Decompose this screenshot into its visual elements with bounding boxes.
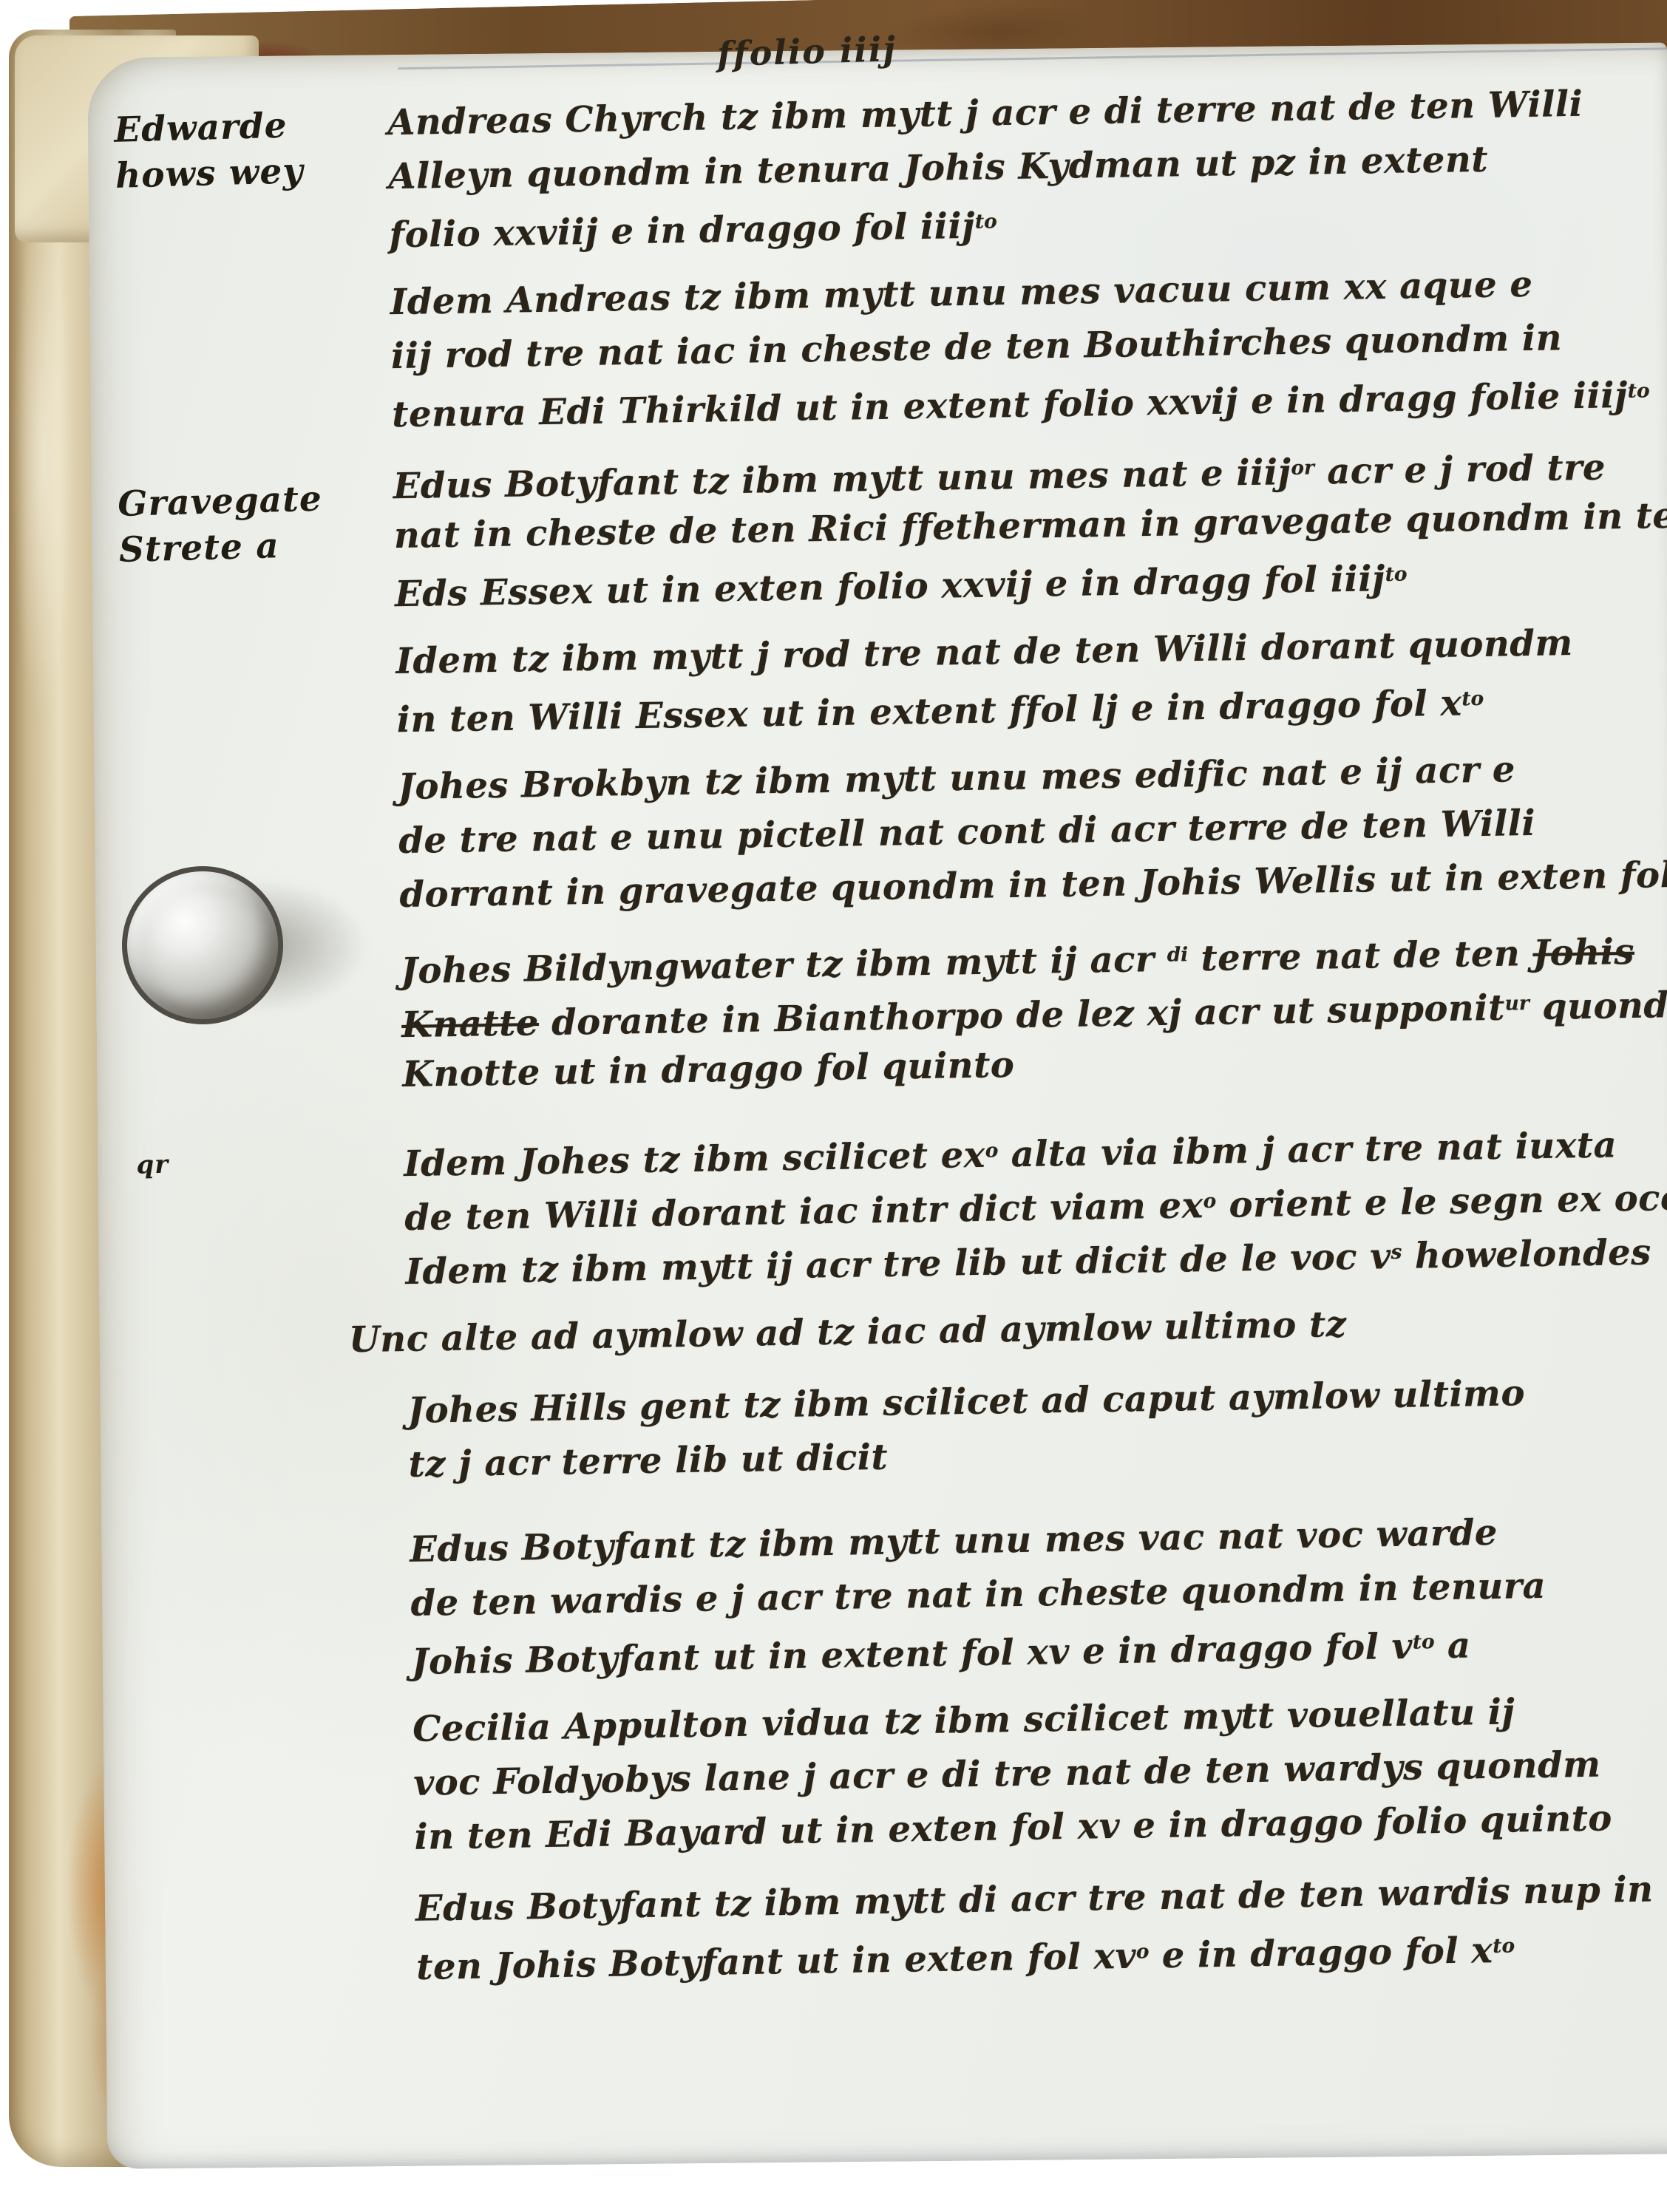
page-heading: ffolio iiij [716, 29, 897, 74]
text-run: folio xxviij e in draggo fol iiij [389, 205, 975, 256]
superscript-text: to [1413, 1630, 1435, 1653]
text-run: a [1434, 1625, 1471, 1667]
manuscript-entry: Idem Johes tz ibm scilicet exo alta via … [404, 1113, 1667, 1295]
superscript-text: o [985, 1139, 998, 1162]
superscript-text: di [1167, 943, 1188, 966]
text-run: ten Johis Botyfant ut in exten fol xv [416, 1936, 1137, 1988]
manuscript-entry: Unc alte ad aymlow ad tz iac ad aymlow u… [348, 1293, 1667, 1367]
text-run: alta via ibm j acr tre nat iuxta [998, 1124, 1617, 1175]
text-run: tz j acr terre lib ut dicit [408, 1437, 888, 1486]
text-run: tenura Edi Thirkild ut in extent folio x… [392, 375, 1628, 435]
text-run: Alleyn quondm in tenura Johis Kydman ut … [388, 139, 1489, 197]
struck-text: Knatte [401, 1002, 539, 1046]
superscript-text: or [1291, 456, 1314, 479]
struck-text: Johis [1532, 931, 1634, 974]
text-run: e in draggo fol x [1149, 1930, 1493, 1976]
margin-note-line: hows wey [115, 149, 304, 200]
text-run: orient e le segn ex occid [1216, 1177, 1667, 1226]
manuscript-entry: Edus Botyfant tz ibm mytt unu mes vac na… [410, 1503, 1667, 1685]
margin-note-line: Edwarde [114, 103, 303, 154]
text-run: quondm Johis [1529, 982, 1667, 1028]
text-run: Johes Hills gent tz ibm scilicet ad capu… [407, 1372, 1525, 1432]
superscript-text: to [1461, 687, 1484, 710]
text-run: Knotte ut in draggo fol quinto [402, 1044, 1015, 1095]
superscript-text: s [1391, 1241, 1402, 1264]
manuscript-entry: Andreas Chyrch tz ibm mytt j acr e di te… [387, 76, 1661, 258]
text-run: Eds Essex ut in exten folio xxvij e in d… [395, 558, 1386, 615]
manuscript-entry: Idem Andreas tz ibm mytt unu mes vacuu c… [390, 256, 1663, 438]
manuscript-entry: Johes Hills gent tz ibm scilicet ad capu… [407, 1364, 1667, 1492]
superscript-text: ur [1504, 992, 1530, 1015]
margin-note-line: Gravegate [117, 477, 322, 528]
text-run: howelondes [1402, 1232, 1651, 1277]
manuscript-entry: Edus Botyfant tz ibm mytt di acr tre nat… [415, 1862, 1667, 1990]
manuscript-entry: Idem tz ibm mytt j rod tre nat de ten Wi… [395, 615, 1667, 743]
text-run: Idem tz ibm mytt ij acr tre lib ut dicit… [405, 1236, 1391, 1293]
margin-note-edwarde-hows-wey: Edwarde hows wey [114, 103, 305, 200]
superscript-text: to [1385, 563, 1407, 586]
text-run: Edus Botyfant tz ibm mytt unu mes vac na… [410, 1512, 1498, 1570]
manuscript-entry: Cecilia Appulton vidua tz ibm scilicet m… [412, 1683, 1667, 1865]
text-run: acr e j rod tre [1314, 446, 1606, 492]
superscript-text: to [975, 210, 997, 233]
text-run: Idem Johes tz ibm scilicet ex [404, 1134, 985, 1185]
text-run: Cecilia Appulton vidua tz ibm scilicet m… [412, 1691, 1515, 1749]
superscript-text: o [1203, 1190, 1216, 1213]
text-run: in ten Willi Essex ut in extent ffol lj … [396, 683, 1462, 741]
text-run: Unc alte ad aymlow ad tz iac ad aymlow u… [349, 1304, 1347, 1361]
text-line: Unc alte ad aymlow ad tz iac ad aymlow u… [348, 1293, 1667, 1367]
manuscript-entry: Johes Bildyngwater tz ibm mytt ij acr di… [400, 920, 1667, 1102]
superscript-text: o [1136, 1940, 1150, 1963]
text-run: Johis Botyfant ut in extent fol xv e in … [411, 1626, 1413, 1683]
text-run: terre nat de ten [1188, 933, 1533, 979]
text-entries: Andreas Chyrch tz ibm mytt j acr e di te… [387, 76, 1667, 2008]
margin-note-line: Strete a [118, 523, 324, 574]
superscript-text: to [1628, 379, 1650, 402]
superscript-text: to [1493, 1934, 1515, 1957]
manuscript-page: ffolio iiij Edwarde hows wey Gravegate S… [87, 42, 1667, 2168]
manuscript-photo: { "colors":{ "paper":"#edefeb", "ink":"#… [0, 0, 1667, 2212]
margin-mark-qr: qr [136, 1142, 169, 1188]
manuscript-entry: Johes Brokbyn tz ibm mytt unu mes edific… [398, 741, 1667, 922]
manuscript-entry: Edus Botyfant tz ibm mytt unu mes nat e … [393, 435, 1666, 617]
metal-stud [122, 866, 283, 1024]
margin-note-gravegate-strete: Gravegate Strete a [117, 477, 324, 574]
